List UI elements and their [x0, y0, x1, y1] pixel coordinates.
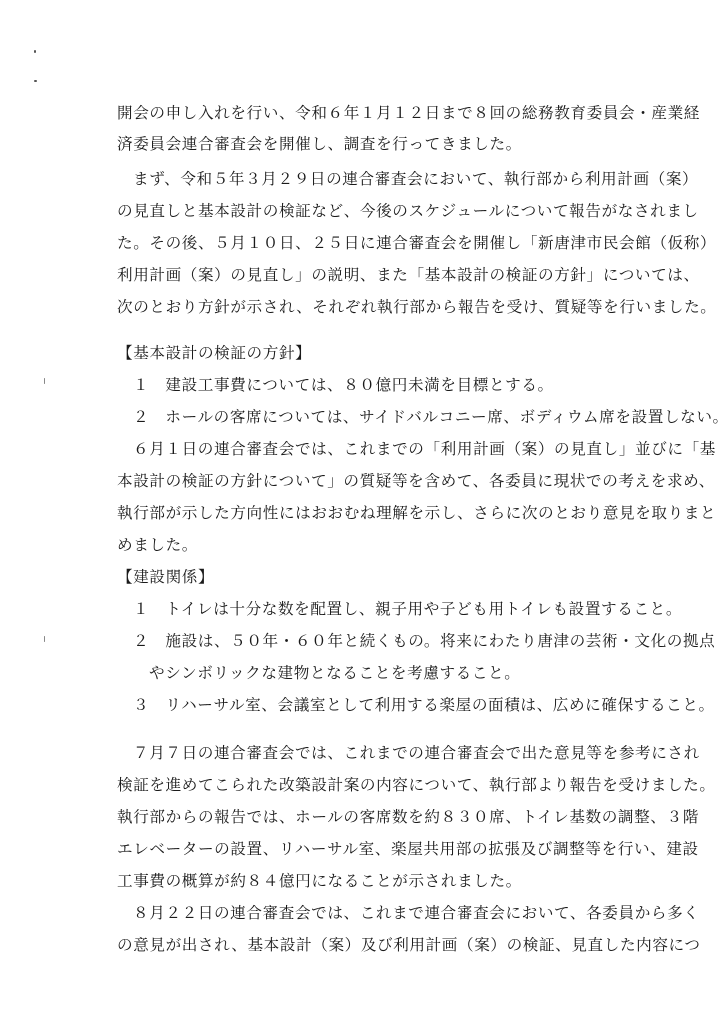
- text-line: 済委員会連合審査会を開催し、調査を行ってきました。: [117, 134, 522, 154]
- scan-speck: [44, 378, 45, 384]
- text-line: 開会の申し入れを行い、令和６年１月１２日まで８回の総務教育委員会・産業経: [117, 103, 700, 123]
- text-line: １ 建設工事費については、８０億円未満を目標とする。: [133, 375, 554, 395]
- text-line: 【建設関係】: [117, 567, 214, 587]
- scan-speck: [44, 636, 45, 642]
- text-line: 執行部からの報告では、ホールの客席数を約８３０席、トイレ基数の調整、３階: [117, 807, 699, 827]
- text-line: ２ 施設は、５０年・６０年と続くもの。将来にわたり唐津の芸術・文化の拠点: [133, 631, 715, 651]
- text-line: ３ リハーサル室、会議室として利用する楽屋の面積は、広めに確保すること。: [133, 695, 715, 715]
- text-line: ６月１日の連合審査会では、これまでの「利用計画（案）の見直し」並びに「基: [133, 439, 716, 459]
- text-line: ２ ホールの客席については、サイドバルコニー席、ボディウム席を設置しない。: [133, 407, 724, 427]
- text-line: めました。: [117, 535, 198, 555]
- text-line: た。その後、５月１０日、２５日に連合審査会を開催し「新唐津市民会館（仮称）: [117, 233, 716, 253]
- document-page: 開会の申し入れを行い、令和６年１月１２日まで８回の総務教育委員会・産業経済委員会…: [0, 0, 724, 1024]
- scan-speck: [34, 80, 37, 82]
- text-line: まず、令和５年３月２９日の連合審査会において、執行部から利用計画（案）: [133, 169, 698, 189]
- text-line: 次のとおり方針が示され、それぞれ執行部から報告を受け、質疑等を行いました。: [117, 297, 716, 317]
- text-line: 利用計画（案）の見直し」の説明、また「基本設計の検証の方針」については、: [117, 265, 700, 285]
- text-line: ７月７日の連合審査会では、これまでの連合審査会で出た意見等を参考にされ: [133, 743, 700, 763]
- text-line: 工事費の概算が約８４億円になることが示されました。: [117, 871, 522, 891]
- text-line: の意見が出され、基本設計（案）及び利用計画（案）の検証、見直した内容につ: [117, 935, 701, 955]
- text-line: 執行部が示した方向性にはおおむね理解を示し、さらに次のとおり意見を取りまと: [117, 503, 716, 523]
- scan-speck: [34, 50, 36, 53]
- text-line: エレベーターの設置、リハーサル室、楽屋共用部の拡張及び調整等を行い、建設: [117, 839, 699, 859]
- text-line: 【基本設計の検証の方針】: [117, 343, 311, 363]
- text-line: 本設計の検証の方針について」の質疑等を含めて、各委員に現状での考えを求め、: [117, 471, 715, 491]
- text-line: １ トイレは十分な数を配置し、親子用や子ども用トイレも設置すること。: [133, 599, 682, 619]
- text-line: ８月２２日の連合審査会では、これまで連合審査会において、各委員から多く: [133, 903, 699, 923]
- text-line: の見直しと基本設計の検証など、今後のスケジュールについて報告がなされまし: [117, 201, 699, 221]
- text-line: やシンボリックな建物となることを考慮すること。: [149, 663, 520, 683]
- text-line: 検証を進めてこられた改築設計案の内容について、執行部より報告を受けました。: [117, 775, 716, 795]
